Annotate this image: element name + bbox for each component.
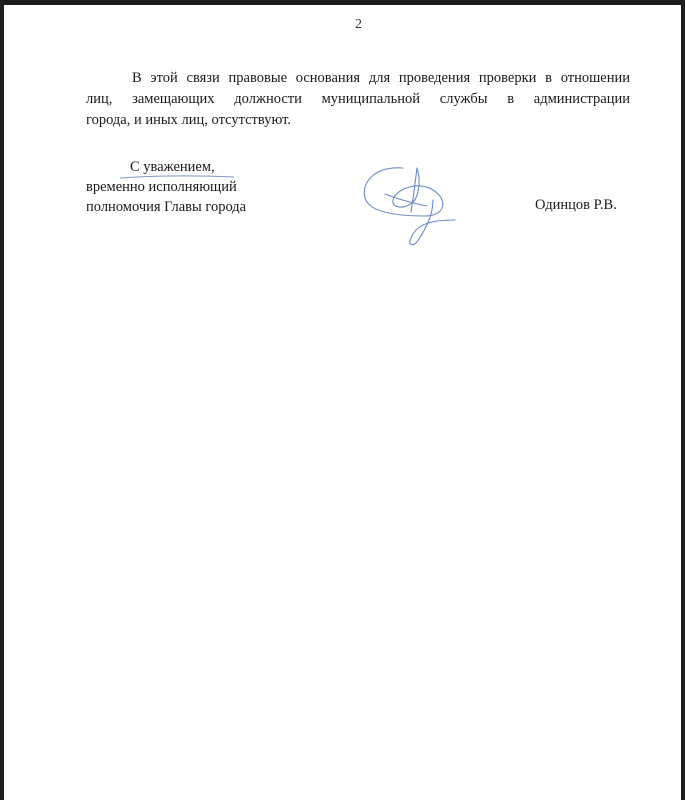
signer-title-line-1: временно исполняющий: [86, 177, 246, 197]
body-line: лиц, замещающих должности муниципальной …: [86, 89, 630, 110]
window-frame-right: [681, 0, 685, 800]
closing-block: С уважением, временно исполняющий полном…: [86, 157, 246, 217]
body-paragraph: В этой связи правовые основания для пров…: [86, 68, 630, 131]
body-line: города, и иных лиц, отсутствуют.: [86, 110, 630, 131]
body-line: В этой связи правовые основания для пров…: [86, 68, 630, 89]
signer-title-line-2: полномочия Главы города: [86, 197, 246, 217]
handwritten-signature: [355, 160, 470, 250]
greeting-pen-underline: [118, 174, 236, 180]
page-number: 2: [355, 17, 362, 33]
signer-name: Одинцов Р.В.: [535, 197, 617, 214]
